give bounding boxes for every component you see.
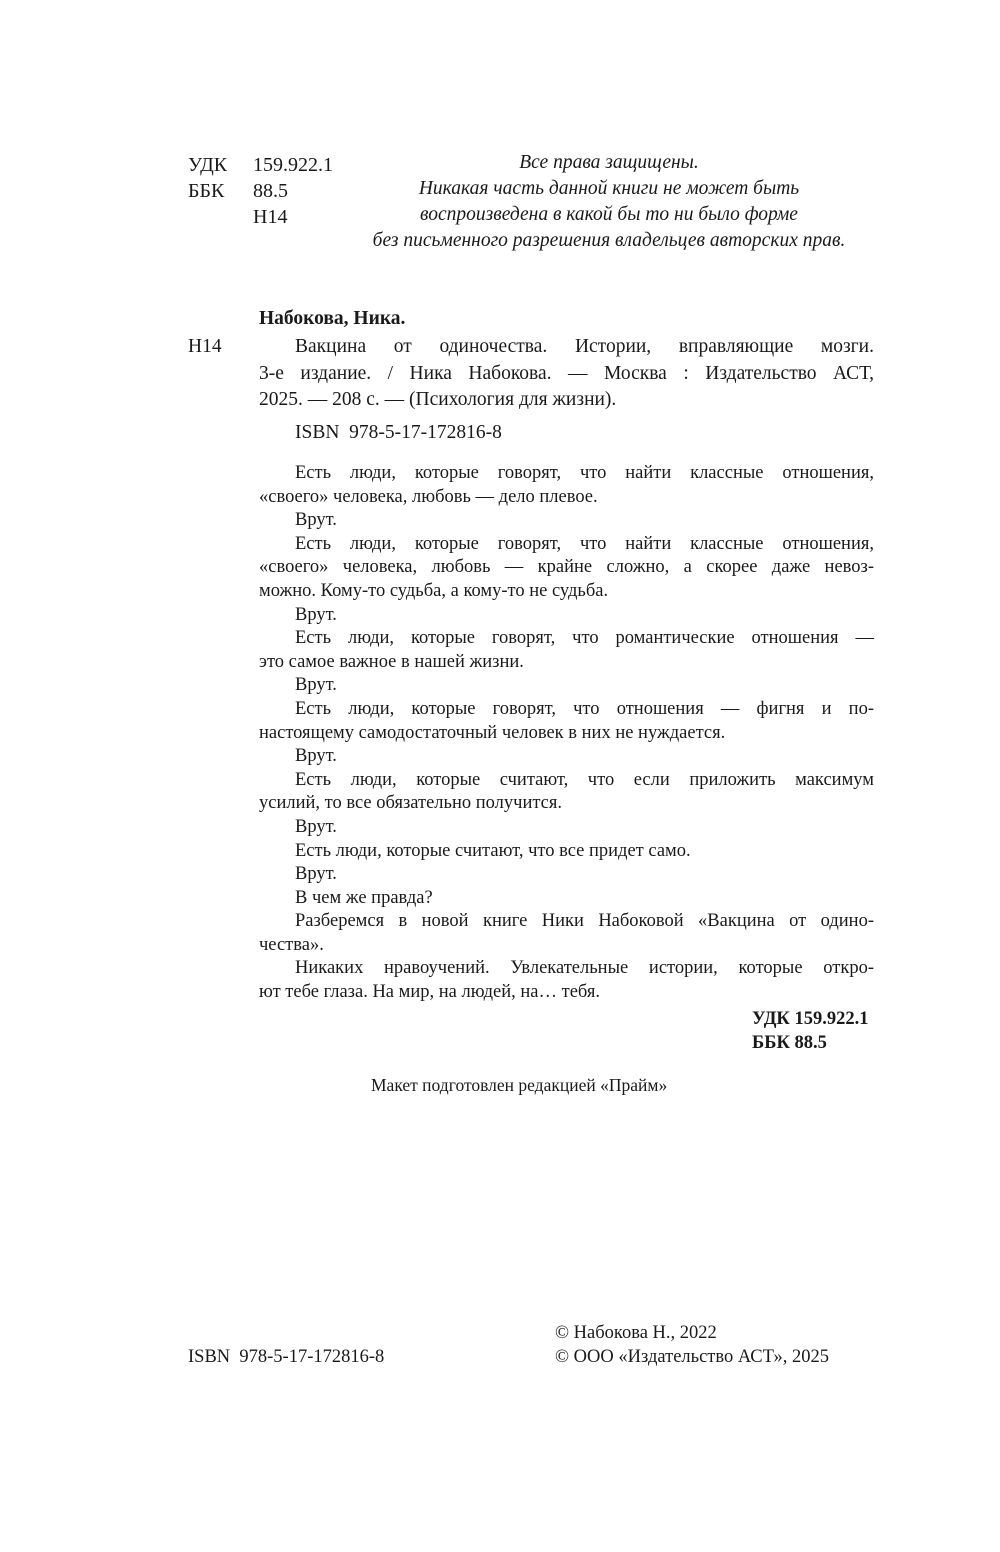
abstract-line: Врут. <box>259 509 874 533</box>
bibliography-description: Вакцина от одиночества. Истории, вправля… <box>259 334 874 414</box>
abstract-line: Есть люди, которые говорят, что найти кл… <box>259 462 874 486</box>
abstract-line: чества». <box>259 934 874 958</box>
rights-notice: Все права защищены. Никакая часть данной… <box>345 150 873 254</box>
bbk-label: ББК <box>188 178 224 204</box>
bibliography-author-mark: Н14 <box>188 334 222 361</box>
bbk-value: 88.5 <box>253 178 288 204</box>
abstract-line: Врут. <box>259 745 874 769</box>
abstract-line: Есть люди, которые говорят, что отношени… <box>259 698 874 722</box>
abstract-line: Врут. <box>259 604 874 628</box>
abstract-line: «своего» человека, любовь — крайне сложн… <box>259 556 874 580</box>
bibliography-isbn: ISBN 978-5-17-172816-8 <box>295 422 502 444</box>
abstract-line: Врут. <box>259 674 874 698</box>
abstract-line: В чем же правда? <box>259 887 874 911</box>
abstract-line: настоящему самодостаточный человек в них… <box>259 722 874 746</box>
udk-value: 159.922.1 <box>253 152 333 178</box>
bibliography-line: 3-е издание. / Ника Набокова. — Москва :… <box>259 361 874 388</box>
abstract-line: Врут. <box>259 816 874 840</box>
rights-line: Никакая часть данной книги не может быть <box>345 176 873 202</box>
abstract-line: Есть люди, которые считают, что если при… <box>259 769 874 793</box>
abstract-line: Никаких нравоучений. Увлекательные истор… <box>259 957 874 981</box>
classification-codes: УДК 159.922.1 ББК 88.5 <box>752 1007 868 1055</box>
footer-isbn: ISBN 978-5-17-172816-8 <box>188 1347 384 1368</box>
abstract-line: Есть люди, которые говорят, что найти кл… <box>259 533 874 557</box>
bibliography-line: 2025. — 208 с. — (Психология для жизни). <box>259 387 874 414</box>
copyright-author: © Набокова Н., 2022 <box>555 1323 717 1344</box>
abstract-line: можно. Кому-то судьба, а кому-то не судь… <box>259 580 874 604</box>
rights-line: без письменного разрешения владельцев ав… <box>345 228 873 254</box>
abstract-line: это самое важное в нашей жизни. <box>259 651 874 675</box>
abstract-line: Врут. <box>259 863 874 887</box>
bibliography-author: Набокова, Ника. <box>259 308 405 330</box>
udk-label: УДК <box>188 152 227 178</box>
abstract-line: ют тебе глаза. На мир, на людей, на… теб… <box>259 981 874 1005</box>
abstract-line: Разберемся в новой книге Ники Набоковой … <box>259 910 874 934</box>
author-mark: Н14 <box>253 204 287 230</box>
bbk-code: ББК 88.5 <box>752 1031 868 1055</box>
udk-code: УДК 159.922.1 <box>752 1007 868 1031</box>
abstract-line: «своего» человека, любовь — дело плевое. <box>259 486 874 510</box>
abstract: Есть люди, которые говорят, что найти кл… <box>259 462 874 1005</box>
abstract-line: Есть люди, которые говорят, что романтич… <box>259 627 874 651</box>
rights-line: воспроизведена в какой бы то ни было фор… <box>345 202 873 228</box>
abstract-line: усилий, то все обязательно получится. <box>259 792 874 816</box>
rights-line: Все права защищены. <box>345 150 873 176</box>
copyright-publisher: © ООО «Издательство АСТ», 2025 <box>555 1347 829 1368</box>
layout-credit: Макет подготовлен редакцией «Прайм» <box>371 1075 667 1096</box>
abstract-line: Есть люди, которые считают, что все прид… <box>259 840 874 864</box>
bibliography-line: Вакцина от одиночества. Истории, вправля… <box>259 334 874 361</box>
